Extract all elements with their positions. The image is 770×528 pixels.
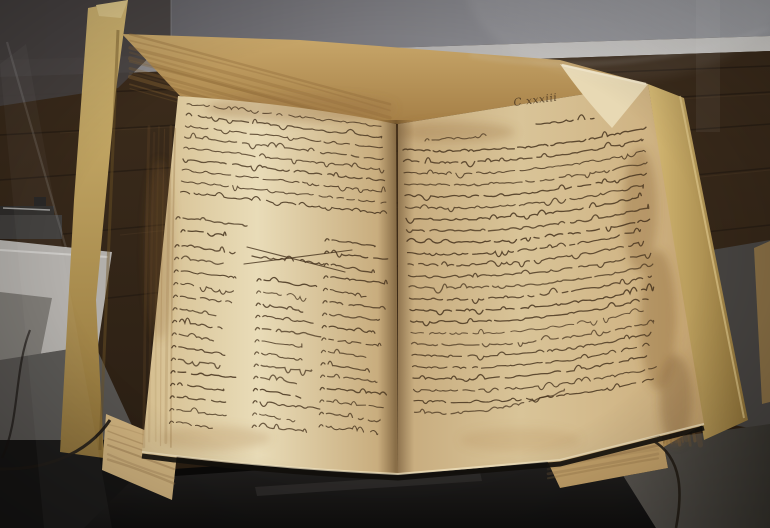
museum-photo: C xxxiii bbox=[0, 0, 770, 528]
vignette bbox=[0, 0, 770, 528]
manuscript-scene: C xxxiii bbox=[0, 0, 770, 528]
